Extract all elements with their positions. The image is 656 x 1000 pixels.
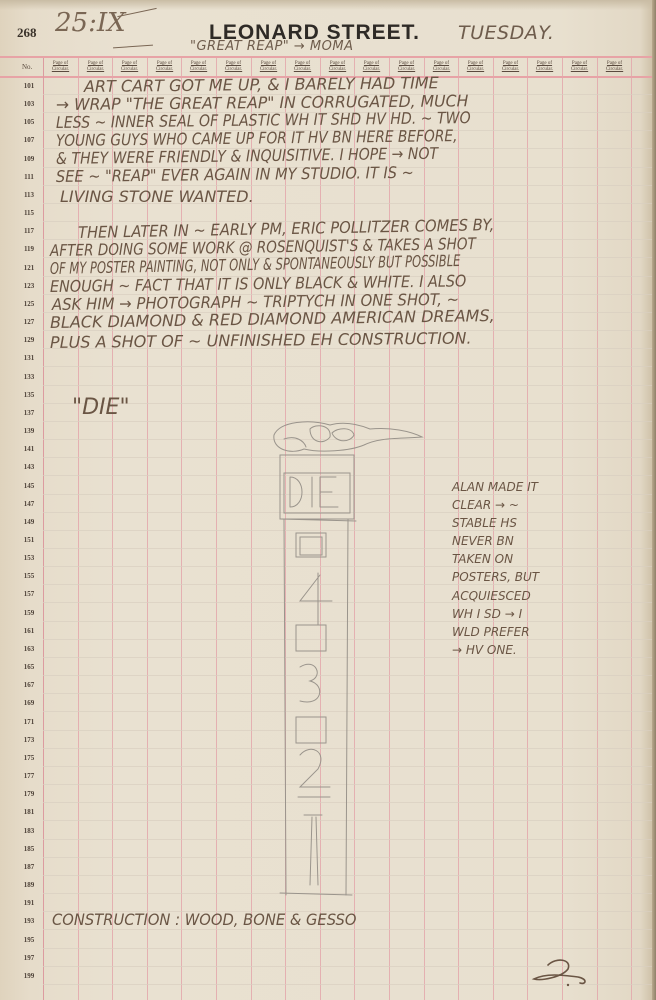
row-number: 149 — [20, 518, 38, 526]
row-rule — [43, 403, 652, 404]
column-header-line2: Circular. — [321, 67, 355, 73]
row-number: 127 — [20, 318, 38, 326]
column-header-page-of-circular: Page ofCircular. — [113, 61, 147, 72]
row-number: 159 — [20, 609, 38, 617]
side-note-line: NEVER BN — [452, 532, 539, 550]
column-header-page-of-circular: Page ofCircular. — [182, 61, 216, 72]
column-header-line2: Circular. — [79, 67, 113, 73]
row-number: 143 — [20, 463, 38, 471]
row-number: 121 — [20, 264, 38, 272]
column-header-page-of-circular: Page ofCircular. — [44, 61, 78, 72]
column-header-row: No. Page ofCircular.Page ofCircular.Page… — [0, 58, 652, 76]
side-note-line: TAKEN ON — [452, 550, 539, 568]
column-header-page-of-circular: Page ofCircular. — [563, 61, 597, 72]
side-note-line: WLD PREFER — [452, 623, 539, 641]
page-number: 268 — [17, 25, 37, 41]
die-sculpture-sketch-icon — [260, 415, 430, 905]
row-number: 105 — [20, 118, 38, 126]
row-number: 193 — [20, 917, 38, 925]
row-number: 161 — [20, 627, 38, 635]
row-number: 141 — [20, 445, 38, 453]
signature-flourish-icon — [528, 955, 592, 991]
row-rule — [43, 366, 652, 367]
row-number: 173 — [20, 736, 38, 744]
column-header-line2: Circular. — [598, 67, 632, 73]
row-number: 103 — [20, 100, 38, 108]
row-number: 111 — [20, 173, 38, 181]
row-number: 107 — [20, 136, 38, 144]
row-number: 199 — [20, 972, 38, 980]
row-number: 125 — [20, 300, 38, 308]
row-number: 119 — [20, 245, 38, 253]
column-header-page-of-circular: Page ofCircular. — [494, 61, 528, 72]
row-number: 189 — [20, 881, 38, 889]
row-number: 117 — [20, 227, 38, 235]
column-header-page-of-circular: Page ofCircular. — [321, 61, 355, 72]
die-title: "DIE" — [72, 395, 130, 420]
column-header-line2: Circular. — [182, 67, 216, 73]
handwritten-date: 25:IX — [55, 8, 126, 38]
row-number: 165 — [20, 663, 38, 671]
row-number: 195 — [20, 936, 38, 944]
row-number: 175 — [20, 754, 38, 762]
side-note-line: ALAN MADE IT — [452, 478, 539, 496]
row-number: 113 — [20, 191, 38, 199]
row-number: 133 — [20, 373, 38, 381]
row-number: 129 — [20, 336, 38, 344]
handwritten-day: TUESDAY. — [458, 22, 554, 44]
row-rule — [43, 948, 652, 949]
row-number: 177 — [20, 772, 38, 780]
row-number: 183 — [20, 827, 38, 835]
row-number: 179 — [20, 790, 38, 798]
column-header-page-of-circular: Page ofCircular. — [148, 61, 182, 72]
row-rule — [43, 385, 652, 386]
column-header-line2: Circular. — [113, 67, 147, 73]
row-number: 145 — [20, 482, 38, 490]
side-note-line: STABLE HS — [452, 514, 539, 532]
side-note-line: → HV ONE. — [452, 641, 539, 659]
entry-line: LIVING STONE WANTED. — [60, 188, 254, 206]
column-header-line2: Circular. — [390, 67, 424, 73]
row-number: 131 — [20, 354, 38, 362]
column-header-line2: Circular. — [252, 67, 286, 73]
row-rule — [43, 185, 652, 186]
column-header-line2: Circular. — [563, 67, 597, 73]
side-note-line: WH I SD → I — [452, 605, 539, 623]
side-note: ALAN MADE IT CLEAR → ~ STABLE HS NEVER B… — [452, 478, 539, 659]
row-number: 169 — [20, 699, 38, 707]
row-number: 157 — [20, 590, 38, 598]
row-number: 167 — [20, 681, 38, 689]
column-rule — [43, 58, 44, 1000]
column-rule — [597, 58, 598, 1000]
handwritten-subtitle: "GREAT REAP" → MOMA — [190, 39, 354, 54]
column-header-page-of-circular: Page ofCircular. — [286, 61, 320, 72]
construction-note: CONSTRUCTION : WOOD, BONE & GESSO — [52, 910, 356, 929]
row-rule — [43, 929, 652, 930]
column-header-line2: Circular. — [286, 67, 320, 73]
column-header-page-of-circular: Page ofCircular. — [355, 61, 389, 72]
row-number: 171 — [20, 718, 38, 726]
column-header-line2: Circular. — [355, 67, 389, 73]
column-header-page-of-circular: Page ofCircular. — [217, 61, 251, 72]
row-number: 147 — [20, 500, 38, 508]
column-header-page-of-circular: Page ofCircular. — [252, 61, 286, 72]
row-number: 191 — [20, 899, 38, 907]
row-number: 187 — [20, 863, 38, 871]
column-rule — [562, 58, 563, 1000]
column-header-line2: Circular. — [528, 67, 562, 73]
column-header-line2: Circular. — [217, 67, 251, 73]
side-note-line: ACQUIESCED — [452, 587, 539, 605]
row-number: 185 — [20, 845, 38, 853]
row-number: 109 — [20, 155, 38, 163]
row-number: 155 — [20, 572, 38, 580]
column-header-line2: Circular. — [459, 67, 493, 73]
row-number: 197 — [20, 954, 38, 962]
row-number: 163 — [20, 645, 38, 653]
column-header-page-of-circular: Page ofCircular. — [390, 61, 424, 72]
column-header-line2: Circular. — [494, 67, 528, 73]
entry-line: SEE ~ "REAP" EVER AGAIN IN MY STUDIO. IT… — [56, 164, 414, 186]
column-header-page-of-circular: Page ofCircular. — [425, 61, 459, 72]
no-column-label: No. — [22, 63, 32, 71]
column-header-page-of-circular: Page ofCircular. — [459, 61, 493, 72]
row-number: 139 — [20, 427, 38, 435]
column-header-page-of-circular: Page ofCircular. — [79, 61, 113, 72]
row-number: 123 — [20, 282, 38, 290]
column-header-line2: Circular. — [148, 67, 182, 73]
row-number: 151 — [20, 536, 38, 544]
column-header-page-of-circular: Page ofCircular. — [528, 61, 562, 72]
column-header-line2: Circular. — [425, 67, 459, 73]
row-number: 115 — [20, 209, 38, 217]
column-header-line2: Circular. — [44, 67, 78, 73]
ledger-page: 268 25:IX LEONARD STREET. TUESDAY. "GREA… — [0, 0, 652, 1000]
side-note-line: CLEAR → ~ — [452, 496, 539, 514]
row-number: 137 — [20, 409, 38, 417]
side-note-line: POSTERS, BUT — [452, 568, 539, 586]
row-number: 181 — [20, 808, 38, 816]
column-rule — [631, 58, 632, 1000]
row-number: 153 — [20, 554, 38, 562]
row-number: 135 — [20, 391, 38, 399]
row-number: 101 — [20, 82, 38, 90]
column-header-page-of-circular: Page ofCircular. — [598, 61, 632, 72]
